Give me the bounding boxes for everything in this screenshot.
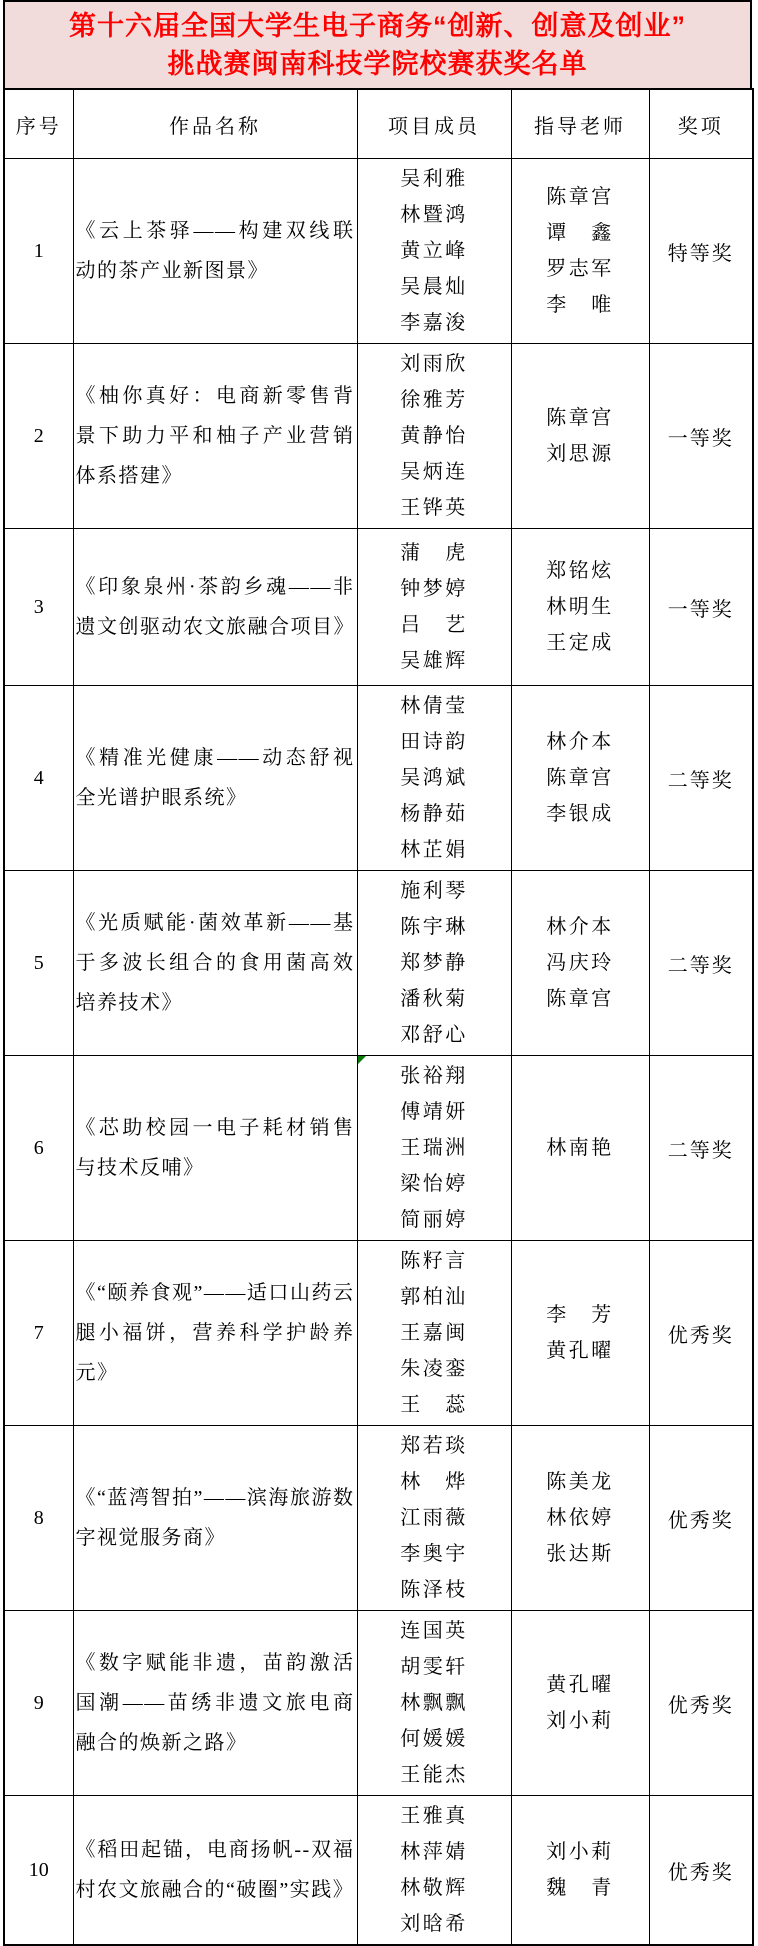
award-label: 优秀奖 [649,1611,753,1796]
table-row: 5 《光质赋能·菌效革新——基于多波长组合的食用菌高效培养技术》 施利琴 陈宇琳… [4,871,753,1056]
row-number: 7 [4,1241,73,1426]
work-title: 《数字赋能非遗，苗韵激活国潮——苗绣非遗文旅电商融合的焕新之路》 [73,1611,357,1796]
award-table-document: 第十六届全国大学生电子商务“创新、创意及创业” 挑战赛闽南科技学院校赛获奖名单 … [3,0,752,1946]
award-label: 一等奖 [649,344,753,529]
col-header-no: 序号 [4,89,73,159]
row-number: 5 [4,871,73,1056]
work-title: 《精准光健康——动态舒视全光谱护眼系统》 [73,686,357,871]
teacher-list: 林南艳 [546,1137,614,1159]
col-header-teachers: 指导老师 [511,89,649,159]
member-list: 林倩莹 田诗韵 吴鸿斌 杨静茹 林芷娟 [400,695,468,861]
award-label: 特等奖 [649,159,753,344]
table-row: 4 《精准光健康——动态舒视全光谱护眼系统》 林倩莹 田诗韵 吴鸿斌 杨静茹 林… [4,686,753,871]
member-list: 连国英 胡雯轩 林飘飘 何媛媛 王能杰 [400,1620,468,1786]
member-list: 陈籽言 郭柏汕 王嘉闽 朱凌銮 王 蕊 [400,1250,468,1416]
teacher-list: 陈章宫 谭 鑫 罗志军 李 唯 [546,186,614,316]
teacher-list: 郑铭炫 林明生 王定成 [546,560,614,654]
member-list: 刘雨欣 徐雅芳 黄静怡 吴炳连 王铧英 [400,353,468,519]
table-row: 10 《稻田起锚，电商扬帆--双福村农文旅融合的“破圈”实践》 王雅真 林萍婧 … [4,1796,753,1946]
title-block: 第十六届全国大学生电子商务“创新、创意及创业” 挑战赛闽南科技学院校赛获奖名单 [3,0,752,88]
table-row: 2 《柚你真好：电商新零售背景下助力平和柚子产业营销体系搭建》 刘雨欣 徐雅芳 … [4,344,753,529]
row-number: 2 [4,344,73,529]
award-label: 二等奖 [649,686,753,871]
table-row: 9 《数字赋能非遗，苗韵激活国潮——苗绣非遗文旅电商融合的焕新之路》 连国英 胡… [4,1611,753,1796]
row-number: 9 [4,1611,73,1796]
member-list: 张裕翔 傅靖妍 王瑞洲 梁怡婷 简丽婷 [400,1065,468,1231]
row-number: 10 [4,1796,73,1946]
col-header-members: 项目成员 [357,89,511,159]
work-title: 《印象泉州·茶韵乡魂——非遗文创驱动农文旅融合项目》 [73,529,357,686]
teacher-list: 陈章宫 刘思源 [546,407,614,465]
row-number: 4 [4,686,73,871]
table-row: 3 《印象泉州·茶韵乡魂——非遗文创驱动农文旅融合项目》 蒲 虎 钟梦婷 吕 艺… [4,529,753,686]
table-row: 6 《芯助校园一电子耗材销售与技术反哺》 张裕翔 傅靖妍 王瑞洲 梁怡婷 简丽婷… [4,1056,753,1241]
award-label: 二等奖 [649,1056,753,1241]
row-number: 6 [4,1056,73,1241]
work-title: 《云上茶驿——构建双线联动的茶产业新图景》 [73,159,357,344]
teacher-list: 林介本 陈章宫 李银成 [546,731,614,825]
col-header-award: 奖项 [649,89,753,159]
row-number: 8 [4,1426,73,1611]
page-title-line1: 第十六届全国大学生电子商务“创新、创意及创业” [69,7,686,45]
col-header-work: 作品名称 [73,89,357,159]
page-title-line2: 挑战赛闽南科技学院校赛获奖名单 [168,45,588,83]
work-title: 《稻田起锚，电商扬帆--双福村农文旅融合的“破圈”实践》 [73,1796,357,1946]
work-title: 《柚你真好：电商新零售背景下助力平和柚子产业营销体系搭建》 [73,344,357,529]
member-list: 郑若琰 林 烨 江雨薇 李奥宇 陈泽枝 [400,1435,468,1601]
teacher-list: 黄孔曜 刘小莉 [546,1674,614,1732]
member-list: 吴利雅 林暨鸿 黄立峰 吴晨灿 李嘉浚 [400,168,468,334]
award-label: 优秀奖 [649,1796,753,1946]
member-list: 施利琴 陈宇琳 郑梦静 潘秋菊 邓舒心 [400,880,468,1046]
cell-corner-flag-icon [358,1056,366,1064]
row-number: 3 [4,529,73,686]
awards-table: 序号 作品名称 项目成员 指导老师 奖项 1 《云上茶驿——构建双线联动的茶产业… [3,88,754,1946]
teacher-list: 陈美龙 林依婷 张达斯 [546,1471,614,1565]
award-label: 一等奖 [649,529,753,686]
teacher-list: 林介本 冯庆玲 陈章宫 [546,916,614,1010]
award-label: 二等奖 [649,871,753,1056]
work-title: 《光质赋能·菌效革新——基于多波长组合的食用菌高效培养技术》 [73,871,357,1056]
row-number: 1 [4,159,73,344]
table-row: 8 《“蓝湾智拍”——滨海旅游数字视觉服务商》 郑若琰 林 烨 江雨薇 李奥宇 … [4,1426,753,1611]
member-list: 蒲 虎 钟梦婷 吕 艺 吴雄辉 [400,542,468,672]
teacher-list: 刘小莉 魏 青 [546,1841,614,1899]
work-title: 《芯助校园一电子耗材销售与技术反哺》 [73,1056,357,1241]
table-row: 7 《“颐养食观”——适口山药云腿小福饼，营养科学护龄养元》 陈籽言 郭柏汕 王… [4,1241,753,1426]
teacher-list: 李 芳 黄孔曜 [546,1304,614,1362]
award-label: 优秀奖 [649,1426,753,1611]
member-list: 王雅真 林萍婧 林敬辉 刘晗希 [400,1805,468,1935]
work-title: 《“颐养食观”——适口山药云腿小福饼，营养科学护龄养元》 [73,1241,357,1426]
header-row: 序号 作品名称 项目成员 指导老师 奖项 [4,89,753,159]
work-title: 《“蓝湾智拍”——滨海旅游数字视觉服务商》 [73,1426,357,1611]
award-label: 优秀奖 [649,1241,753,1426]
table-row: 1 《云上茶驿——构建双线联动的茶产业新图景》 吴利雅 林暨鸿 黄立峰 吴晨灿 … [4,159,753,344]
